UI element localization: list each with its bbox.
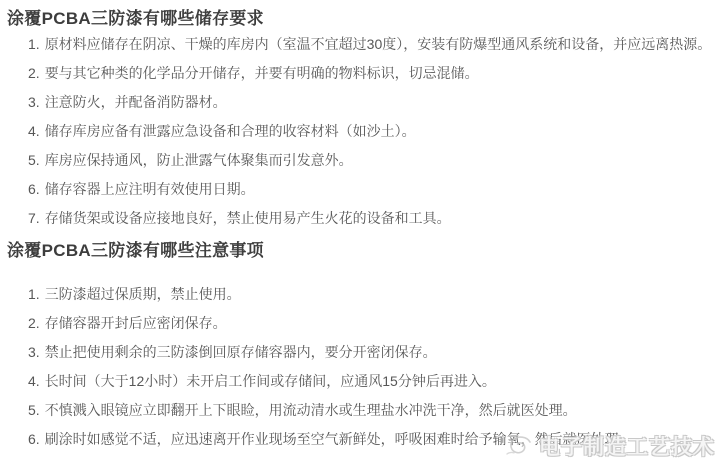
item-number: 5.	[28, 402, 40, 418]
item-text: 注意防火，并配备消防器材。	[45, 94, 227, 110]
item-number: 6.	[28, 431, 40, 447]
list-item: 4.储存库房应备有泄露应急设备和合理的收容材料（如沙土）。	[7, 123, 711, 139]
list-item: 1.三防漆超过保质期，禁止使用。	[7, 286, 711, 302]
item-number: 3.	[28, 344, 40, 360]
list-item: 3.注意防火，并配备消防器材。	[7, 94, 711, 110]
list-item: 1.原材料应储存在阴凉、干燥的库房内（室温不宜超过30度），安装有防爆型通风系统…	[7, 36, 711, 52]
item-number: 2.	[28, 315, 40, 331]
item-text: 存储容器开封后应密闭保存。	[45, 315, 227, 331]
item-text: 储存库房应备有泄露应急设备和合理的收容材料（如沙土）。	[45, 123, 416, 139]
item-text: 长时间（大于12小时）未开启工作间或存储间，应通风15分钟后再进入。	[45, 373, 496, 389]
list-item: 3.禁止把使用剩余的三防漆倒回原存储容器内，要分开密闭保存。	[7, 344, 711, 360]
item-text: 存储货架或设备应接地良好，禁止使用易产生火花的设备和工具。	[45, 210, 451, 226]
list-item: 6.刷涂时如感觉不适，应迅速离开作业现场至空气新鲜处，呼吸困难时给予输氧，然后就…	[7, 431, 711, 447]
item-text: 要与其它种类的化学品分开储存，并要有明确的物料标识，切忌混储。	[45, 65, 479, 81]
item-number: 1.	[28, 36, 40, 52]
item-text: 原材料应储存在阴凉、干燥的库房内（室温不宜超过30度），安装有防爆型通风系统和设…	[45, 36, 712, 52]
item-number: 2.	[28, 65, 40, 81]
item-number: 4.	[28, 373, 40, 389]
item-text: 不慎溅入眼镜应立即翻开上下眼睑，用流动清水或生理盐水冲洗干净，然后就医处理。	[45, 402, 577, 418]
section-precautions: 涂覆PCBA三防漆有哪些注意事项 1.三防漆超过保质期，禁止使用。 2.存储容器…	[7, 241, 711, 447]
item-text: 禁止把使用剩余的三防漆倒回原存储容器内，要分开密闭保存。	[45, 344, 437, 360]
item-text: 刷涂时如感觉不适，应迅速离开作业现场至空气新鲜处，呼吸困难时给予输氧，然后就医处…	[45, 431, 633, 447]
list-item: 5.不慎溅入眼镜应立即翻开上下眼睑，用流动清水或生理盐水冲洗干净，然后就医处理。	[7, 402, 711, 418]
item-text: 三防漆超过保质期，禁止使用。	[45, 286, 241, 302]
list-item: 5.库房应保持通风，防止泄露气体聚集而引发意外。	[7, 152, 711, 168]
list-item: 4.长时间（大于12小时）未开启工作间或存储间，应通风15分钟后再进入。	[7, 373, 711, 389]
item-text: 库房应保持通风，防止泄露气体聚集而引发意外。	[45, 152, 353, 168]
item-text: 储存容器上应注明有效使用日期。	[45, 181, 255, 197]
item-number: 6.	[28, 181, 40, 197]
list-item: 7.存储货架或设备应接地良好，禁止使用易产生火花的设备和工具。	[7, 210, 711, 226]
item-number: 3.	[28, 94, 40, 110]
item-number: 4.	[28, 123, 40, 139]
list-item: 2.要与其它种类的化学品分开储存，并要有明确的物料标识，切忌混储。	[7, 65, 711, 81]
item-number: 5.	[28, 152, 40, 168]
section-title: 涂覆PCBA三防漆有哪些储存要求	[7, 9, 711, 28]
item-number: 1.	[28, 286, 40, 302]
section-storage-requirements: 涂覆PCBA三防漆有哪些储存要求 1.原材料应储存在阴凉、干燥的库房内（室温不宜…	[7, 9, 711, 226]
article-body: 涂覆PCBA三防漆有哪些储存要求 1.原材料应储存在阴凉、干燥的库房内（室温不宜…	[0, 0, 718, 447]
section-title: 涂覆PCBA三防漆有哪些注意事项	[7, 241, 711, 260]
item-number: 7.	[28, 210, 40, 226]
list-item: 2.存储容器开封后应密闭保存。	[7, 315, 711, 331]
list-item: 6.储存容器上应注明有效使用日期。	[7, 181, 711, 197]
